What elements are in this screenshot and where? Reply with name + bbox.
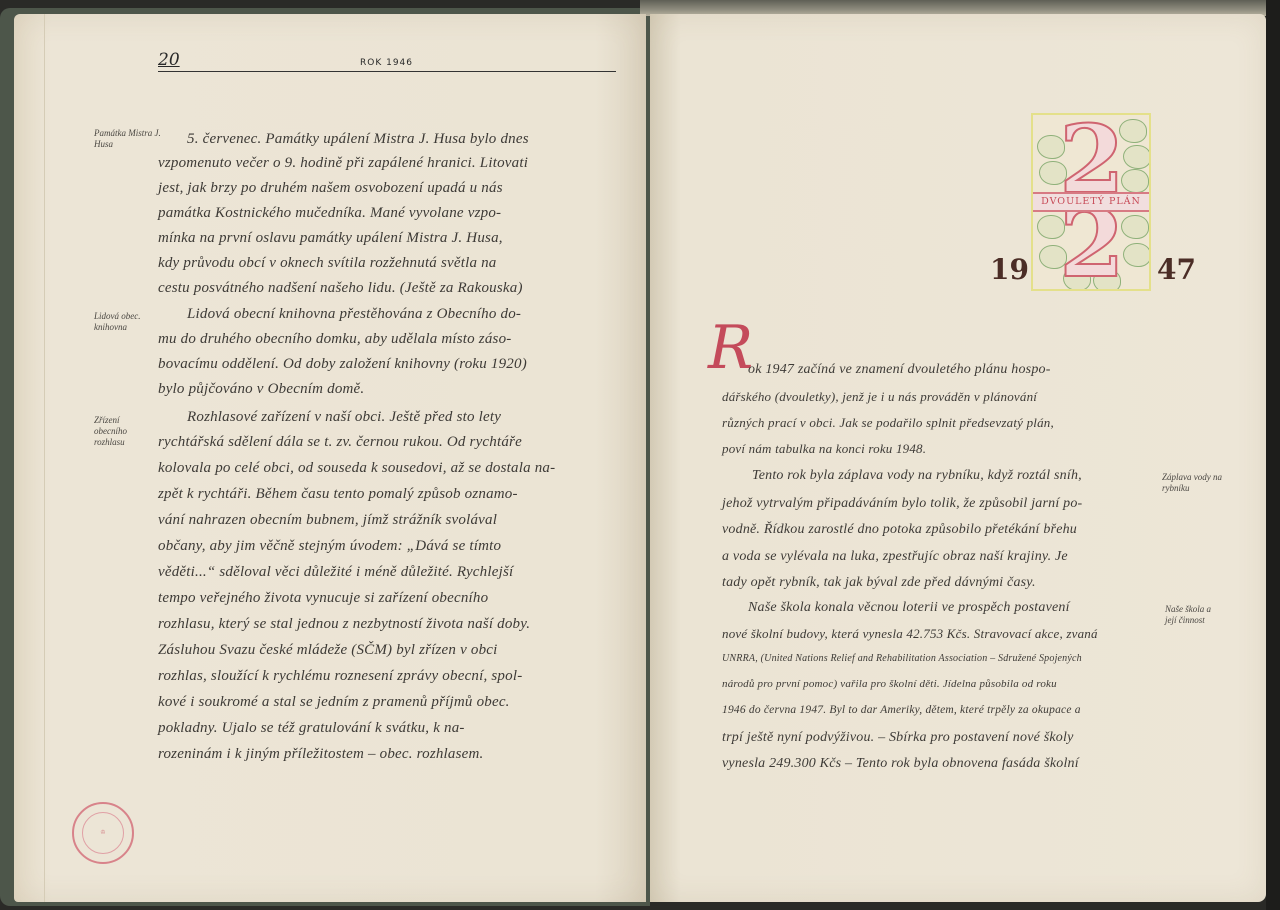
- text-line: vání nahrazen obecním bubnem, jímž stráž…: [158, 512, 497, 529]
- text-line: kové i soukromé a stal se jedním z prame…: [158, 694, 510, 711]
- drop-cap: R: [708, 318, 753, 378]
- text-line: rychtářská sdělení dála se t. zv. černou…: [158, 434, 522, 451]
- text-line: mínka na první oslavu památky upálení Mi…: [158, 230, 503, 247]
- text-line: jehož vytrvalým připadáváním bylo tolik,…: [722, 496, 1082, 512]
- text-line: kdy průvodu obcí v oknech svítila rozžeh…: [158, 255, 497, 272]
- text-line: občany, aby jim věčně stejným úvodem: „D…: [158, 538, 501, 555]
- margin-note: Záplava vody na rybníku: [1162, 472, 1222, 494]
- text-line: poví nám tabulka na konci roku 1948.: [722, 441, 926, 457]
- text-line: Zásluhou Svazu české mládeže (SČM) byl z…: [158, 642, 498, 659]
- text-line: 5. červenec. Památky upálení Mistra J. H…: [187, 131, 529, 148]
- text-line: 1946 do června 1947. Byl to dar Ameriky,…: [722, 704, 1081, 716]
- text-line: rozhlasu, který se stal jednou z nezbytn…: [158, 616, 530, 633]
- header-rule: [158, 71, 616, 72]
- text-line: vzpomenuto večer o 9. hodině při zapálen…: [158, 155, 528, 172]
- text-line: bovacímu oddělení. Od doby založení knih…: [158, 356, 527, 373]
- page-number: 20: [158, 50, 180, 70]
- running-head: ROK 1946: [360, 58, 413, 68]
- text-line: Naše škola konala věcnou loterii ve pros…: [748, 600, 1070, 616]
- text-line: rozeninám i k jiným příležitostem – obec…: [158, 746, 484, 763]
- text-line: cestu posvátného nadšení našeho lidu. (J…: [158, 280, 523, 297]
- text-line: nové školní budovy, která vynesla 42.753…: [722, 626, 1098, 642]
- library-stamp: ♔: [72, 802, 134, 864]
- text-line: Rozhlasové zařízení v naší obci. Ještě p…: [187, 409, 501, 426]
- text-line: mu do druhého obecního domku, aby udělal…: [158, 331, 511, 348]
- text-line: věděti...“ sděloval věci důležité i méně…: [158, 564, 513, 581]
- year-right: 47: [1157, 253, 1196, 286]
- margin-note: Památka Mistra J. Husa: [94, 128, 164, 150]
- text-line: různých prací v obci. Jak se podařilo sp…: [722, 415, 1054, 431]
- text-line: kolovala po celé obci, od souseda k sous…: [158, 460, 555, 477]
- text-line: tempo veřejného života vynucuje si zaříz…: [158, 590, 488, 607]
- text-line: trpí ještě nyní podvýživou. – Sbírka pro…: [722, 730, 1074, 746]
- margin-note: Lidová obec. knihovna: [94, 311, 164, 333]
- text-line: Lidová obecní knihovna přestěhována z Ob…: [187, 306, 521, 323]
- text-line: UNRRA, (United Nations Relief and Rehabi…: [722, 653, 1082, 664]
- background-edge: [1266, 0, 1280, 910]
- leaf-icon: [1123, 145, 1151, 169]
- plan-band: DVOULETÝ PLÁN: [1033, 192, 1149, 212]
- text-line: bylo půjčováno v Obecním domě.: [158, 381, 364, 398]
- text-line: vodně. Řídkou zarostlé dno potoka způsob…: [722, 522, 1077, 538]
- leaf-icon: [1123, 243, 1151, 267]
- margin-note: Zřízení obecního rozhlasu: [94, 415, 149, 448]
- stamp-emblem-icon: ♔: [82, 812, 124, 854]
- text-line: památka Kostnického mučedníka. Mané vyvo…: [158, 205, 501, 222]
- text-line: rozhlas, sloužící k rychlému roznesení z…: [158, 668, 522, 685]
- text-line: pokladny. Ujalo se též gratulování k svá…: [158, 720, 465, 737]
- text-line: jest, jak brzy po druhém našem osvobozen…: [158, 180, 503, 197]
- text-line: tady opět rybník, tak jak býval zde před…: [722, 575, 1036, 591]
- text-line: ok 1947 začíná ve znamení dvouletého plá…: [748, 362, 1051, 378]
- text-line: dářského (dvouletky), jenž je i u nás pr…: [722, 389, 1037, 405]
- text-line: a voda se vylévala na luka, zpestřujíc o…: [722, 549, 1068, 565]
- year-left: 19: [990, 253, 1029, 286]
- text-line: národů pro první pomoc) vařila pro školn…: [722, 678, 1057, 690]
- text-line: zpět k rychtáři. Během času tento pomalý…: [158, 486, 518, 503]
- margin-note: Naše škola a její činnost: [1165, 604, 1220, 626]
- text-line: Tento rok byla záplava vody na rybníku, …: [752, 468, 1082, 484]
- two-year-plan-emblem: 2 2 DVOULETÝ PLÁN: [1031, 113, 1151, 291]
- text-line: vynesla 249.300 Kčs – Tento rok byla obn…: [722, 756, 1079, 772]
